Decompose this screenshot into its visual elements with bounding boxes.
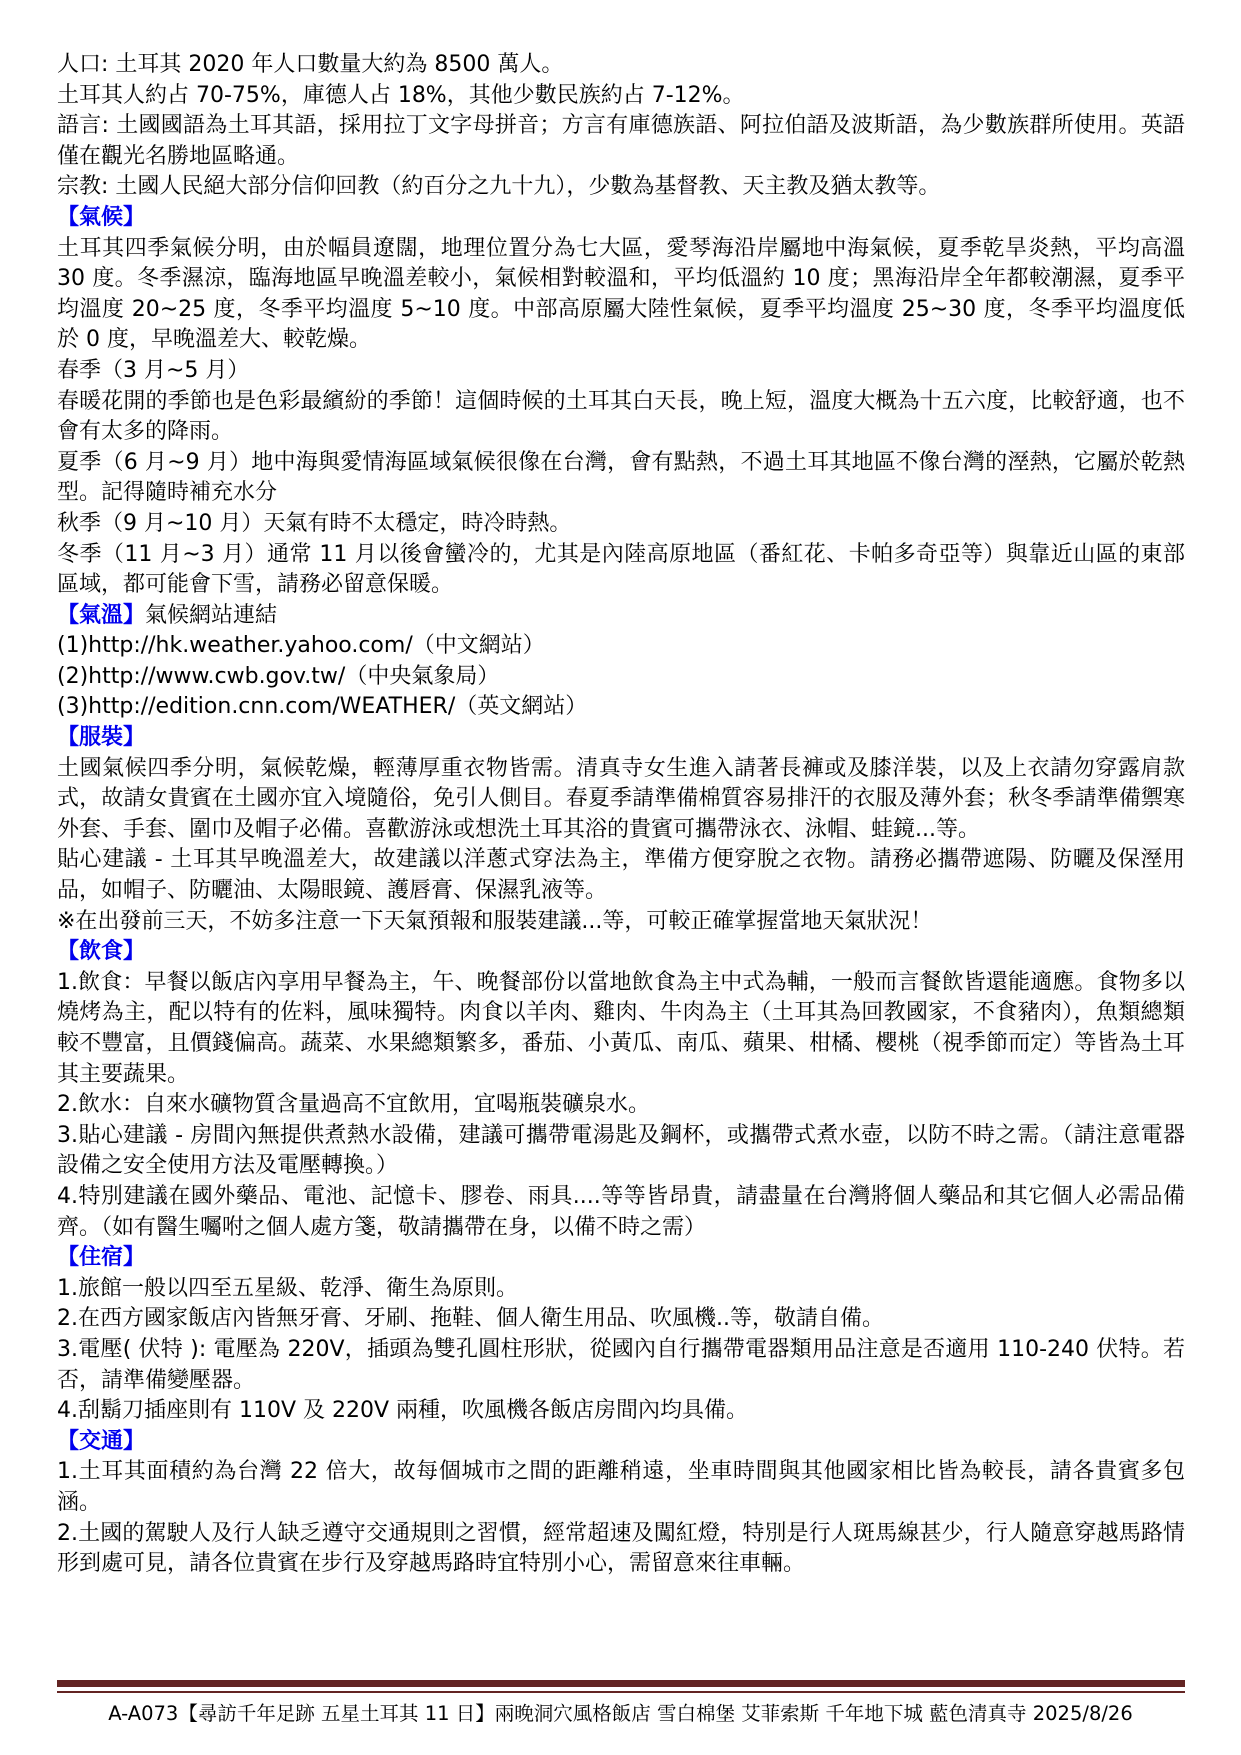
paragraph: 宗教: 土國人民絕大部分信仰回教（約百分之九十九），少數為基督教、天主教及猶太教… — [57, 172, 1185, 203]
footer-divider-thin-line — [57, 1691, 1185, 1693]
section-header-label: 【飲食】 — [57, 939, 145, 964]
paragraph: 春暖花開的季節也是色彩最繽紛的季節！這個時候的土耳其白天長，晚上短，溫度大概為十… — [57, 387, 1185, 448]
paragraph: 1.旅館一般以四至五星級、乾淨、衛生為原則。 — [57, 1274, 1185, 1305]
section-header-label: 【服裝】 — [57, 725, 145, 750]
paragraph: 1.飲食：早餐以飯店內享用早餐為主，午、晚餐部份以當地飲食為主中式為輔，一般而言… — [57, 968, 1185, 1090]
paragraph: (1)http://hk.weather.yahoo.com/（中文網站） — [57, 631, 1185, 662]
paragraph: 秋季（9 月~10 月）天氣有時不太穩定，時冷時熱。 — [57, 509, 1185, 540]
document-page: 人口: 土耳其 2020 年人口數量大約為 8500 萬人。土耳其人約占 70-… — [0, 0, 1241, 1755]
footer-divider-thick-line — [57, 1680, 1185, 1687]
paragraph: 冬季（11 月~3 月）通常 11 月以後會蠻冷的，尤其是內陸高原地區（番紅花、… — [57, 540, 1185, 601]
section-header-label: 【住宿】 — [57, 1245, 145, 1270]
paragraph: 3.電壓( 伏特 ): 電壓為 220V，插頭為雙孔圓柱形狀，從國內自行攜帶電器… — [57, 1335, 1185, 1396]
paragraph: 2.飲水：自來水礦物質含量過高不宜飲用，宜喝瓶裝礦泉水。 — [57, 1090, 1185, 1121]
section-header-suffix-text: 氣候網站連結 — [145, 603, 277, 628]
section-header-inline: 【氣溫】氣候網站連結 — [57, 601, 1185, 632]
footer-text: A-A073【尋訪千年足跡 五星土耳其 11 日】兩晚洞穴風格飯店 雪白棉堡 艾… — [0, 1701, 1241, 1727]
section-header: 【飲食】 — [57, 937, 1185, 968]
paragraph: 土耳其四季氣候分明，由於幅員遼闊，地理位置分為七大區，愛琴海沿岸屬地中海氣候，夏… — [57, 234, 1185, 356]
section-header-label: 【交通】 — [57, 1429, 145, 1454]
section-header: 【服裝】 — [57, 723, 1185, 754]
paragraph: 2.土國的駕駛人及行人缺乏遵守交通規則之習慣，經常超速及闖紅燈，特別是行人斑馬線… — [57, 1519, 1185, 1580]
paragraph: (2)http://www.cwb.gov.tw/（中央氣象局） — [57, 662, 1185, 693]
paragraph: 人口: 土耳其 2020 年人口數量大約為 8500 萬人。 — [57, 50, 1185, 81]
footer-divider — [57, 1680, 1185, 1693]
paragraph: 4.特別建議在國外藥品、電池、記憶卡、膠卷、雨具....等等皆昂貴，請盡量在台灣… — [57, 1182, 1185, 1243]
paragraph: (3)http://edition.cnn.com/WEATHER/（英文網站） — [57, 692, 1185, 723]
paragraph: 2.在西方國家飯店內皆無牙膏、牙刷、拖鞋、個人衛生用品、吹風機..等，敬請自備。 — [57, 1304, 1185, 1335]
paragraph: 語言: 土國國語為土耳其語，採用拉丁文字母拼音；方言有庫德族語、阿拉伯語及波斯語… — [57, 111, 1185, 172]
paragraph: 土國氣候四季分明，氣候乾燥，輕薄厚重衣物皆需。清真寺女生進入請著長褲或及膝洋裝，… — [57, 754, 1185, 846]
paragraph: ※在出發前三天，不妨多注意一下天氣預報和服裝建議...等，可較正確掌握當地天氣狀… — [57, 907, 1185, 938]
paragraph: 4.刮鬍刀插座則有 110V 及 220V 兩種，吹風機各飯店房間內均具備。 — [57, 1396, 1185, 1427]
section-header-label: 【氣候】 — [57, 205, 145, 230]
section-header: 【交通】 — [57, 1427, 1185, 1458]
paragraph: 夏季（6 月~9 月）地中海與愛情海區域氣候很像在台灣，會有點熱，不過土耳其地區… — [57, 448, 1185, 509]
section-header: 【住宿】 — [57, 1243, 1185, 1274]
paragraph: 1.土耳其面積約為台灣 22 倍大，故每個城市之間的距離稍遠，坐車時間與其他國家… — [57, 1457, 1185, 1518]
document-body: 人口: 土耳其 2020 年人口數量大約為 8500 萬人。土耳其人約占 70-… — [57, 50, 1185, 1580]
section-header: 【氣候】 — [57, 203, 1185, 234]
paragraph: 土耳其人約占 70-75%，庫德人占 18%，其他少數民族約占 7-12%。 — [57, 81, 1185, 112]
paragraph: 3.貼心建議 - 房間內無提供煮熱水設備，建議可攜帶電湯匙及鋼杯，或攜帶式煮水壺… — [57, 1121, 1185, 1182]
paragraph: 貼心建議 - 土耳其早晚溫差大，故建議以洋蔥式穿法為主，準備方便穿脫之衣物。請務… — [57, 845, 1185, 906]
section-header-label: 【氣溫】 — [57, 603, 145, 628]
paragraph: 春季（3 月~5 月） — [57, 356, 1185, 387]
